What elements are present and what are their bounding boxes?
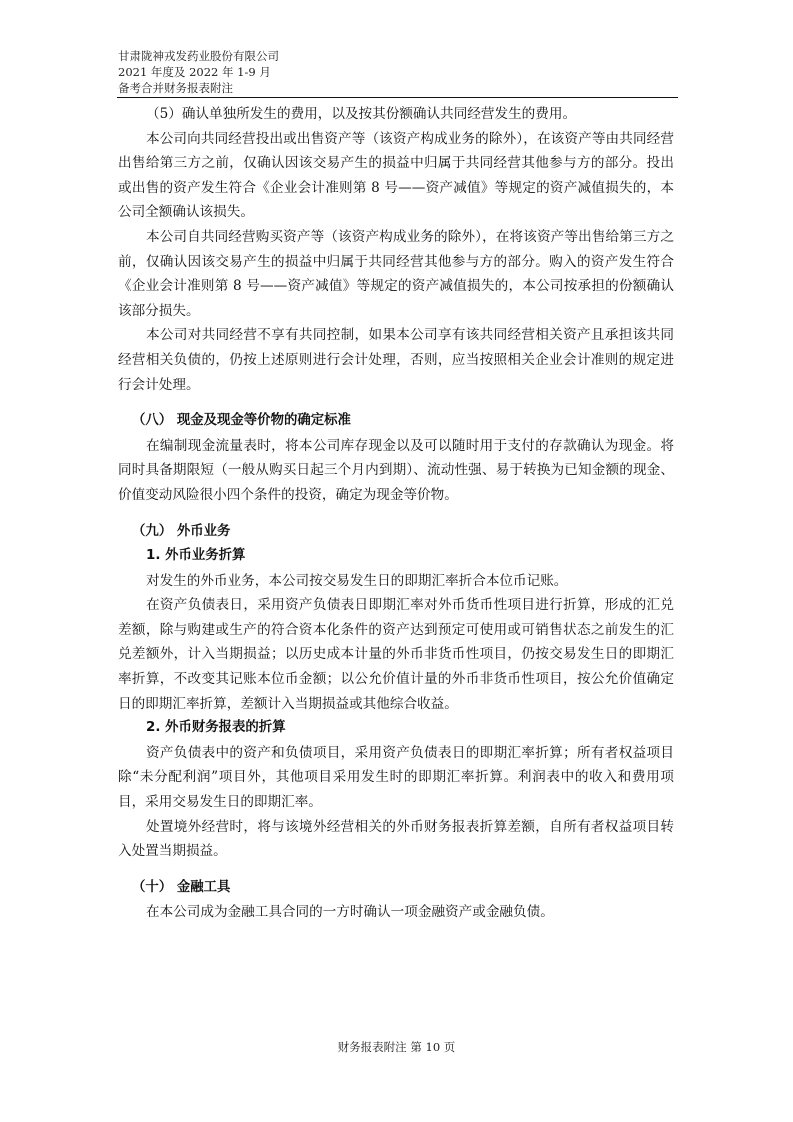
paragraph-foreign-disposal: 处置境外经营时，将与该境外经营相关的外币财务报表折算差额，自所有者权益项目转入处… [118, 815, 674, 864]
header-doc-title: 备考合并财务报表附注 [118, 80, 678, 96]
paragraph-fx-balance-sheet-date: 在资产负债表日，采用资产负债表日即期汇率对外币货币性项目进行折算，形成的汇兑差额… [118, 593, 674, 716]
subsection-heading-fx-statements: 2. 外币财务报表的折算 [118, 716, 674, 741]
paragraph-fx-statement-translation: 资产负债表中的资产和负债项目，采用资产负债表日的即期汇率折算；所有者权益项目除“… [118, 741, 674, 815]
page-header: 甘肃陇神戎发药业股份有限公司 2021 年度及 2022 年 1-9 月 备考合… [118, 48, 678, 96]
header-divider [117, 97, 678, 98]
spacer [118, 397, 674, 409]
paragraph-no-joint-control: 本公司对共同经营不享有共同控制，如果本公司享有该共同经营相关资产且承担该共同经营… [118, 323, 674, 397]
paragraph-fx-recording: 对发生的外币业务，本公司按交易发生日的即期汇率折合本位币记账。 [118, 569, 674, 594]
page-body: （5）确认单独所发生的费用，以及按其份额确认共同经营发生的费用。 本公司向共同经… [118, 102, 674, 925]
section-heading-foreign-currency: （九） 外币业务 [118, 520, 674, 545]
section-heading-cash-equivalents: （八） 现金及现金等价物的确定标准 [118, 409, 674, 434]
paragraph-financial-instruments: 在本公司成为金融工具合同的一方时确认一项金融资产或金融负债。 [118, 900, 674, 925]
section-heading-financial-instruments: （十） 金融工具 [118, 876, 674, 901]
paragraph-contribute-assets: 本公司向共同经营投出或出售资产等（该资产构成业务的除外），在该资产等由共同经营出… [118, 127, 674, 225]
spacer [118, 508, 674, 520]
page-footer: 财务报表附注 第 10 页 [0, 1039, 793, 1055]
header-period: 2021 年度及 2022 年 1-9 月 [118, 64, 678, 80]
spacer [118, 864, 674, 876]
paragraph-item-5: （5）确认单独所发生的费用，以及按其份额确认共同经营发生的费用。 [118, 102, 674, 127]
document-page: 甘肃陇神戎发药业股份有限公司 2021 年度及 2022 年 1-9 月 备考合… [0, 0, 793, 1122]
paragraph-cash-equivalents: 在编制现金流量表时，将本公司库存现金以及可以随时用于支付的存款确认为现金。将同时… [118, 434, 674, 508]
subsection-heading-fx-translation: 1. 外币业务折算 [118, 544, 674, 569]
header-company: 甘肃陇神戎发药业股份有限公司 [118, 48, 678, 64]
paragraph-purchase-assets: 本公司自共同经营购买资产等（该资产构成业务的除外），在将该资产等出售给第三方之前… [118, 225, 674, 323]
